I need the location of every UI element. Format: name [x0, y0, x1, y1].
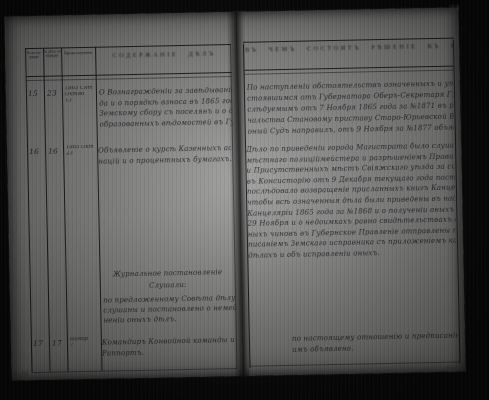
- entry-order-number: 16: [29, 148, 39, 157]
- table-rule-top-left-page: [25, 44, 231, 49]
- bottom-right-marginalia: Гур.: [446, 366, 459, 373]
- journal-heading-line: Журнальное постановленіе: [100, 268, 236, 279]
- entry-date: 1865 Снт: [65, 86, 93, 92]
- entry-date: 23: [66, 151, 73, 157]
- entry-summary-line: Земскому сбору съ поселянъ и о доставлен…: [99, 107, 232, 118]
- column-header-file-no: № дѣлъ по по­ряд­ку: [43, 49, 61, 58]
- column-header-contents: СОДЕРЖАНІЕ ДѢЛЪ: [97, 50, 231, 60]
- entry-order-number: 17: [33, 340, 43, 349]
- entry-resolution-line: писаніемъ Земскаго исправника съ приложе…: [248, 237, 456, 250]
- bottom-left-marginalia: № 10: [13, 371, 28, 378]
- entry-file-number: 16: [48, 148, 58, 157]
- page-number: 33: [449, 4, 459, 13]
- entry-summary-line: Раппортъ.: [102, 348, 144, 357]
- entry-date: 7: [70, 343, 73, 349]
- entry-summary-line: Командиръ Конвойной команды и его до-: [102, 336, 235, 347]
- entry-date: 13: [65, 98, 72, 104]
- entry-summary-line: націй и о процентныхъ бумагахъ.: [98, 155, 231, 166]
- column-header-resolution: ВЪ ЧЕМЪ СОСТОИТЪ РѢШЕНІЕ ВЪ ИСПОЛНЕНІИ: [245, 43, 453, 54]
- header-underline-right-2: [244, 70, 455, 75]
- entry-summary-line: Объявленіе о курсѣ Казенныхъ ассиг-: [98, 144, 231, 155]
- entry-resolution-line: имъ объявлено.: [292, 344, 354, 354]
- column-header-received: Время полу­ченія: [61, 51, 95, 56]
- entry-date: 1865 Окт: [66, 145, 94, 151]
- journal-body-line: слушаны и постановлено о немедленномъ ис…: [103, 304, 236, 315]
- header-underline-left-2: [26, 76, 232, 81]
- entry-order-number: 15: [28, 90, 38, 99]
- entry-date: Ноябр: [70, 337, 88, 343]
- column-header-order-no: № по по­ряд­ку: [25, 51, 43, 60]
- book-spread: № по по­ряд­ку № дѣлъ по по­ряд­ку Время…: [4, 7, 465, 380]
- entry-summary-line: О Вознагражденіи за завѣдываніе дѣлами г…: [99, 86, 232, 97]
- entry-file-number: 17: [52, 340, 62, 349]
- entry-summary-line: образованныхъ вѣдомостей въ Губернское П…: [99, 118, 232, 129]
- entry-summary-line: да и о порядкѣ взноса въ 1865 году недои…: [99, 97, 232, 108]
- entry-date: Октяб: [65, 92, 84, 98]
- entry-file-number: 23: [47, 90, 57, 99]
- entry-resolution-line: дѣлахъ и объ исправленіи оныхъ.: [248, 249, 380, 260]
- table-rule-bottom-left: [32, 368, 238, 373]
- scanned-ledger-photo: № по по­ряд­ку № дѣлъ по по­ряд­ку Время…: [0, 0, 489, 400]
- journal-body-line: неніи оныхъ дѣлъ.: [103, 315, 176, 325]
- table-rule-top-right-page: [243, 38, 454, 43]
- journal-heading-line: Слушали:: [100, 280, 236, 291]
- entry-resolution-line: оный Судъ направилъ, отъ 9 Ноября за №18…: [248, 124, 454, 137]
- table-rule-bottom-right: [249, 362, 460, 367]
- entry-resolution-line: по настоящему отношенію и предписанію: [292, 332, 458, 344]
